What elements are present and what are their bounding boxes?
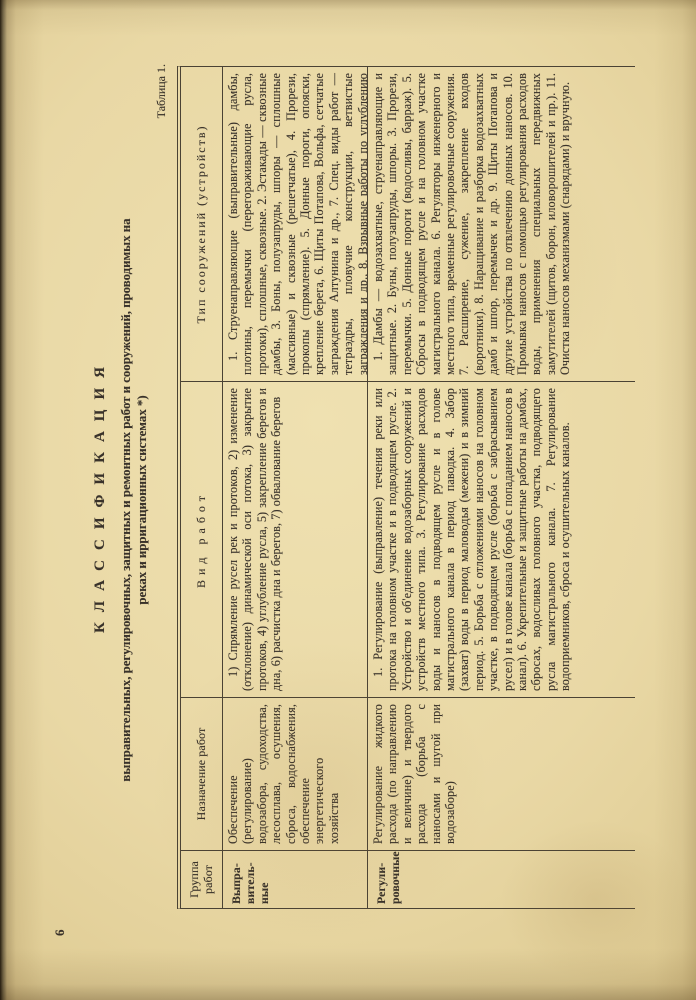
row1-works: 1) Спрямление русел рек и протоков, 2) и… [223, 381, 367, 697]
row2-structures: 1. Дамбы — водозахватные, струенаправляю… [368, 67, 635, 381]
page-subtitle-line2: реках и ирригационных системах *) [134, 28, 150, 972]
row2-group: Регули- ровочные [368, 850, 635, 908]
scanned-book-page: 6 КЛАССИФИКАЦИЯ выправительных, регулиро… [0, 0, 696, 1000]
page-number: 6 [52, 930, 68, 937]
row2-purpose: Регулирование жидкого расхода (по направ… [368, 697, 635, 850]
row2-works: 1. Регулирование (выправление) течения р… [368, 381, 635, 697]
page-subtitle-line1: выправительных, регулировочных, защитных… [118, 28, 134, 972]
table-row: Регули- ровочные Регулирование жидкого р… [368, 67, 635, 908]
header-works: Вид работ [181, 381, 222, 697]
header-structures: Тип сооружений (устройств) [181, 67, 222, 381]
classification-table: Группа работ Назначение работ Вид работ … [177, 66, 635, 909]
table-row: Выпра- витель- ные Обеспечение (регулиро… [223, 67, 368, 908]
rotated-page-content: 6 КЛАССИФИКАЦИЯ выправительных, регулиро… [0, 0, 696, 1000]
table-header-row: Группа работ Назначение работ Вид работ … [181, 67, 223, 908]
table-caption: Таблица 1. [154, 64, 169, 118]
row1-purpose: Обеспечение (регулирование) водозабора, … [223, 697, 367, 850]
row1-structures: 1. Струенаправляющие (выправительные) да… [223, 67, 367, 381]
row1-group: Выпра- витель- ные [223, 850, 367, 908]
header-purpose: Назначение работ [181, 697, 222, 850]
page-title: КЛАССИФИКАЦИЯ [92, 0, 109, 1000]
header-group: Группа работ [181, 850, 222, 908]
